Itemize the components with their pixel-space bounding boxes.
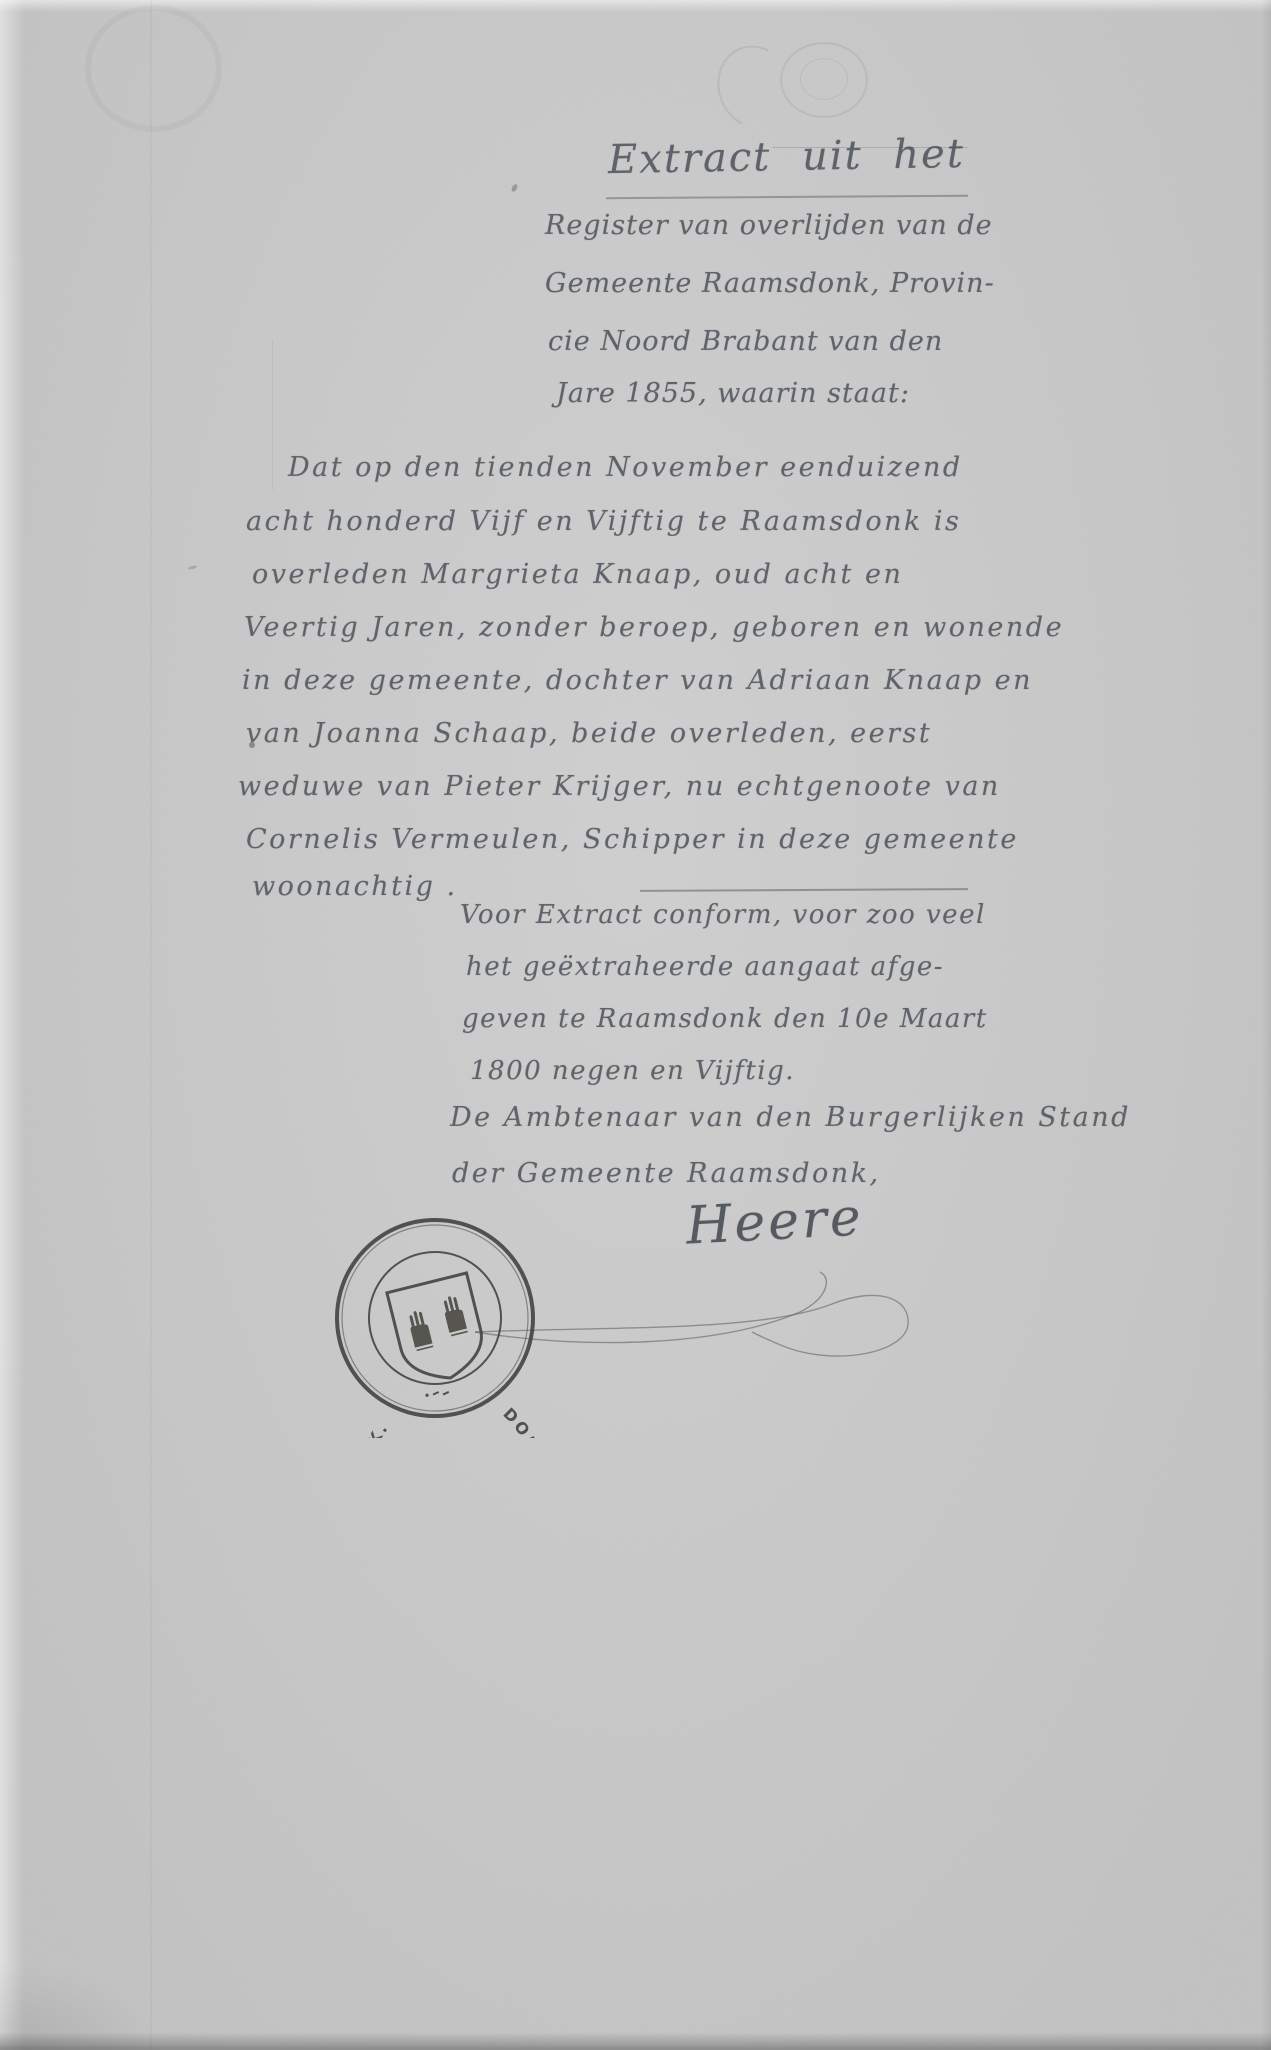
scanned-document-page: Extract uit het Register van overlijden …: [0, 0, 1271, 2050]
paper-grain-texture: [0, 0, 1271, 2050]
